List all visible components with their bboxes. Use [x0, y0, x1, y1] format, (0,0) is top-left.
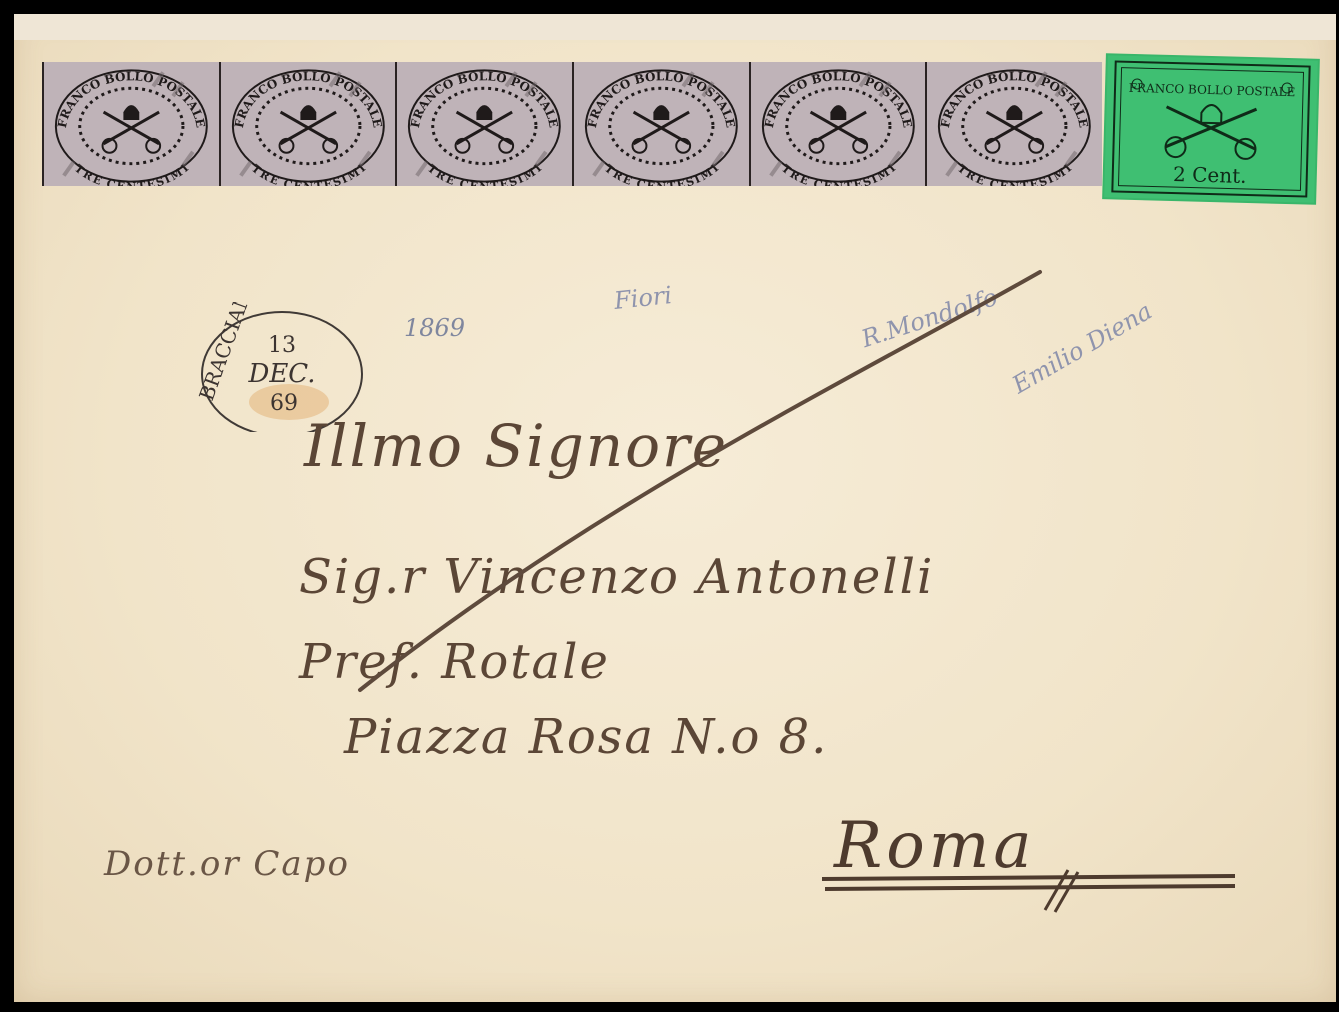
postmark-month: DEC. — [247, 359, 315, 389]
pencil-year-note: 1869 — [404, 314, 465, 342]
grey-stamp-bottom-legend: TRE CENTESIMI — [72, 162, 191, 186]
grey-stamp-3-centesimi: FRANCO BOLLO POSTALE TRE CENTESIMI — [219, 62, 396, 186]
svg-text:TRE CENTESIMI: TRE CENTESIMI — [955, 162, 1074, 186]
green-stamp-value: 2 Cent. — [1173, 162, 1247, 188]
grey-stamp-3-centesimi: FRANCO BOLLO POSTALE TRE CENTESIMI — [749, 62, 926, 186]
address-salutation: Illmo Signore — [304, 412, 728, 480]
expert-signature-2: R.Mondolfo — [858, 283, 1001, 353]
svg-text:TRE CENTESIMI: TRE CENTESIMI — [779, 162, 898, 186]
address-street: Piazza Rosa N.o 8. — [344, 709, 828, 765]
green-stamp-2-cent: FRANCO BOLLO POSTALE 2 Cent. — [1104, 55, 1318, 202]
svg-text:TRE CENTESIMI: TRE CENTESIMI — [425, 162, 544, 186]
grey-stamp-bottom-legend: TRE CENTESIMI — [955, 162, 1074, 186]
grey-stamp-bottom-legend: TRE CENTESIMI — [425, 162, 544, 186]
grey-stamp-3-centesimi: FRANCO BOLLO POSTALE TRE CENTESIMI — [925, 62, 1102, 186]
svg-text:TRE CENTESIMI: TRE CENTESIMI — [72, 162, 191, 186]
postmark-day: 13 — [268, 333, 296, 358]
stamp-strip: FRANCO BOLLO POSTALE TRE CENTESIMI FRANC… — [42, 62, 1102, 186]
address-title: Pref. Rotale — [299, 634, 610, 690]
green-stamp-top-legend: FRANCO BOLLO POSTALE — [1129, 81, 1296, 99]
grey-stamp-bottom-legend: TRE CENTESIMI — [602, 162, 721, 186]
postal-cover: FRANCO BOLLO POSTALE TRE CENTESIMI FRANC… — [14, 14, 1336, 1002]
expert-signature-1: Fiori — [613, 281, 674, 315]
svg-text:TRE CENTESIMI: TRE CENTESIMI — [602, 162, 721, 186]
cover-fold — [14, 14, 1336, 40]
address-city: Roma — [834, 809, 1036, 883]
grey-stamp-3-centesimi: FRANCO BOLLO POSTALE TRE CENTESIMI — [572, 62, 749, 186]
address-name: Sig.r Vincenzo Antonelli — [299, 549, 934, 605]
postmark-year: 69 — [270, 391, 298, 416]
grey-stamp-bottom-legend: TRE CENTESIMI — [249, 162, 368, 186]
grey-stamp-3-centesimi: FRANCO BOLLO POSTALE TRE CENTESIMI — [395, 62, 572, 186]
sender-note: Dott.or Capo — [104, 844, 350, 884]
expert-signature-3: Emilio Diena — [1007, 297, 1156, 399]
grey-stamp-3-centesimi: FRANCO BOLLO POSTALE TRE CENTESIMI — [42, 62, 219, 186]
grey-stamp-bottom-legend: TRE CENTESIMI — [779, 162, 898, 186]
svg-text:TRE CENTESIMI: TRE CENTESIMI — [249, 162, 368, 186]
